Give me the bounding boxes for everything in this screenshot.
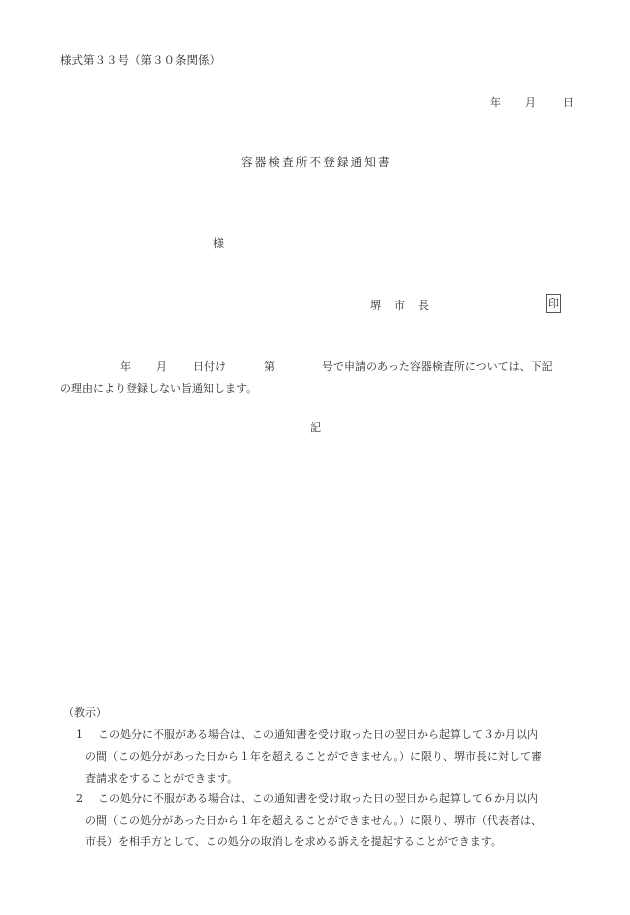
seal-mark: 印 <box>546 294 561 313</box>
issuer-char-1: 堺 <box>370 297 381 313</box>
body-year-label: 年 <box>120 358 131 374</box>
body-line2-text: の理由により登録しない旨通知します。 <box>60 380 257 396</box>
body-line1-text: 号で申請のあった容器検査所については、下記 <box>322 358 553 374</box>
notice-item-2-line-3: 市長）を相手方として、この処分の取消しを求める訴えを提起することができます。 <box>85 833 502 849</box>
date-year-label: 年 <box>490 94 501 110</box>
document-title: 容器検査所不登録通知書 <box>241 154 392 170</box>
notice-item-1-number: 1 <box>76 728 98 741</box>
body-number-prefix: 第 <box>264 358 275 374</box>
form-number: 様式第３３号（第３０条関係） <box>60 52 221 68</box>
notice-item-1-line-1: 1この処分に不服がある場合は、この通知書を受け取った日の翌日から起算して３か月以… <box>76 726 538 742</box>
body-day-label: 日付け <box>193 358 226 374</box>
body-month-label: 月 <box>156 358 167 374</box>
notice-item-1-text: この処分に不服がある場合は、この通知書を受け取った日の翌日から起算して３か月以内 <box>98 728 538 741</box>
notice-item-2-line-2: の間（この処分があった日から１年を超えることができません。）に限り、堺市（代表者… <box>85 812 542 828</box>
date-month-label: 月 <box>525 94 536 110</box>
notice-heading: （教示） <box>63 704 107 720</box>
notice-item-1-line-3: 査請求をすることができます。 <box>85 770 238 786</box>
date-day-label: 日 <box>563 94 574 110</box>
notice-item-2-line-1: 2この処分に不服がある場合は、この通知書を受け取った日の翌日から起算して６か月以… <box>76 790 538 806</box>
issuer-char-3: 長 <box>418 297 429 313</box>
issuer-char-2: 市 <box>394 297 405 313</box>
notice-item-2-text: この処分に不服がある場合は、この通知書を受け取った日の翌日から起算して６か月以内 <box>98 792 538 805</box>
addressee-suffix: 様 <box>213 235 224 251</box>
notice-item-1-line-2: の間（この処分があった日から１年を超えることができません。）に限り、堺市長に対し… <box>85 748 542 764</box>
notice-item-2-number: 2 <box>76 792 98 805</box>
ki-heading: 記 <box>310 419 321 435</box>
